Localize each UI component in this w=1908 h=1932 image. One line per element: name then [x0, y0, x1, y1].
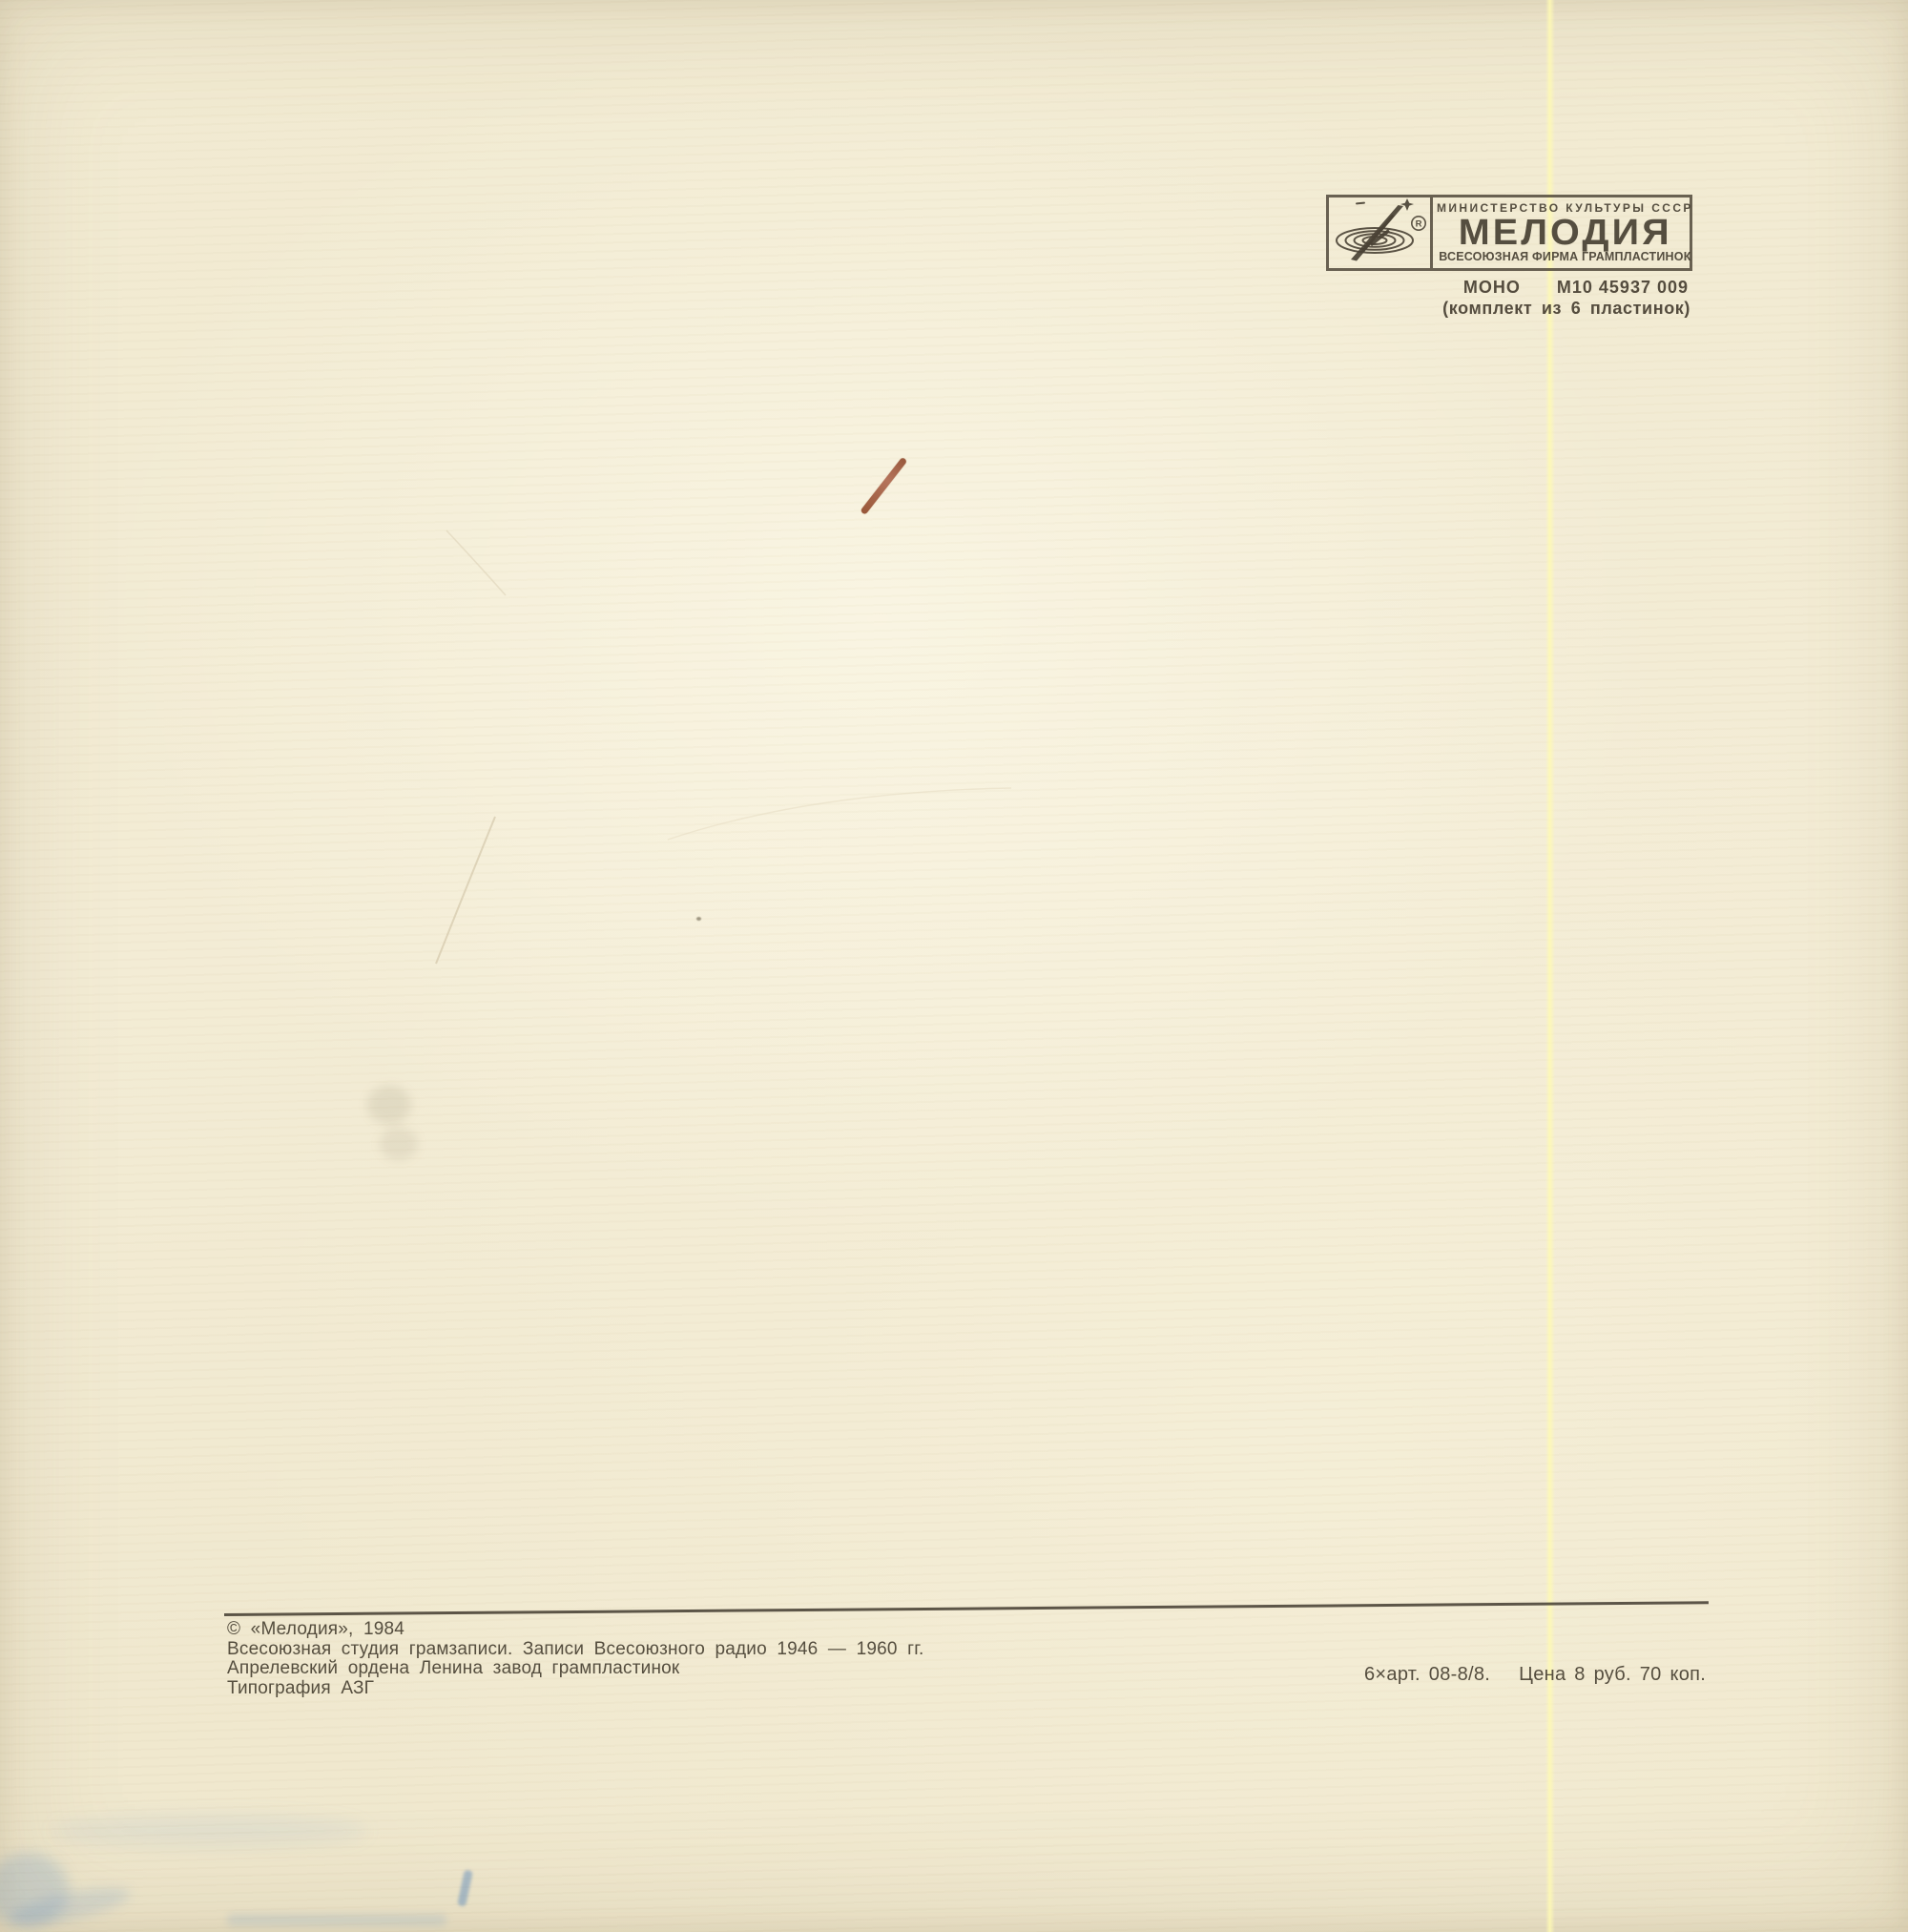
- registered-trademark-icon: R: [1412, 217, 1425, 230]
- blue-smudge: [7, 1880, 134, 1932]
- dark-speck: [696, 917, 701, 921]
- svg-text:R: R: [1416, 219, 1422, 230]
- price: Цена 8 руб. 70 коп.: [1519, 1664, 1706, 1685]
- imprint-line-plant: Апрелевский ордена Ленина завод грамплас…: [227, 1659, 924, 1679]
- catalog-line: МОНОМ10 45937 009: [1463, 278, 1689, 298]
- record-sleeve-back: R МИНИСТЕРСТВО КУЛЬТУРЫ СССР МЕЛОДИЯ ВСЕ…: [0, 0, 1908, 1932]
- brand-name: МЕЛОДИЯ: [1458, 218, 1671, 248]
- blue-smudge: [52, 1815, 367, 1847]
- stamp-text-cell: МИНИСТЕРСТВО КУЛЬТУРЫ СССР МЕЛОДИЯ ВСЕСО…: [1430, 197, 1697, 268]
- melodiya-stamp: R МИНИСТЕРСТВО КУЛЬТУРЫ СССР МЕЛОДИЯ ВСЕ…: [1326, 195, 1692, 271]
- price-block: 6×арт. 08-8/8.Цена 8 руб. 70 коп.: [1364, 1664, 1706, 1686]
- grime-spot: [367, 1086, 411, 1124]
- blue-pen-stroke: [457, 1869, 473, 1906]
- article-number: 6×арт. 08-8/8.: [1364, 1664, 1490, 1685]
- melodiya-emblem-graphic: R: [1329, 197, 1430, 262]
- set-note: (комплект из 6 пластинок): [1442, 299, 1690, 319]
- imprint-block: © «Мелодия», 1984 Всесоюзная студия грам…: [227, 1620, 924, 1698]
- mono-label: МОНО: [1463, 278, 1521, 297]
- imprint-line-studio: Всесоюзная студия грамзаписи. Записи Все…: [227, 1640, 924, 1660]
- grime-spot: [380, 1128, 418, 1160]
- blue-smudge: [227, 1914, 446, 1926]
- footer-rule: [224, 1601, 1709, 1615]
- imprint-line-printer: Типография АЗГ: [227, 1679, 924, 1699]
- rust-scratch-mark: [860, 457, 907, 515]
- catalog-number: М10 45937 009: [1557, 278, 1689, 297]
- blue-smudge: [0, 1853, 69, 1927]
- imprint-line-copyright: © «Мелодия», 1984: [227, 1620, 924, 1640]
- melodiya-emblem-icon: R: [1329, 197, 1430, 268]
